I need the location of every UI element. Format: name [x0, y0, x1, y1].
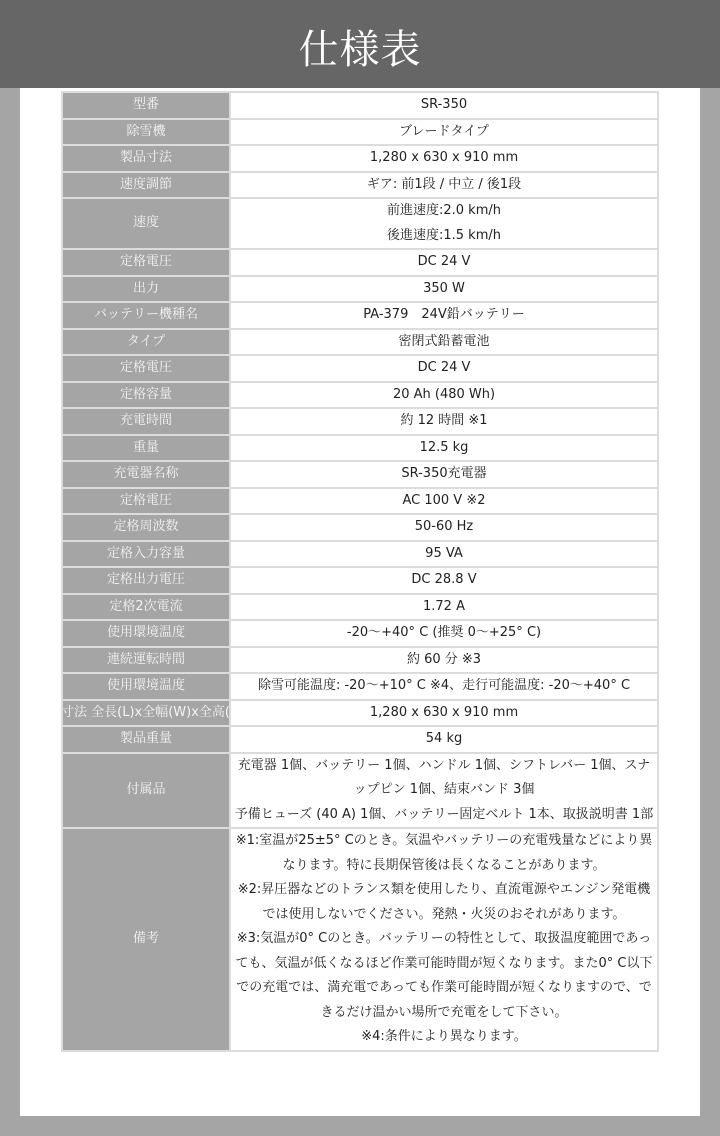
table-row: 製品重量 54 kg — [62, 726, 658, 753]
spec-label-rated-voltage: 定格電圧 — [62, 249, 230, 276]
table-row: 除雪機 ブレードタイプ — [62, 119, 658, 146]
spec-value-rated-voltage: DC 24 V — [230, 249, 658, 276]
note-3: ※3:気温が0° Cのとき。バッテリーの特性として、取扱温度範囲であっても、気温… — [234, 927, 654, 1025]
table-row: 定格入力容量 95 VA — [62, 541, 658, 568]
spec-label-dimensions: 製品寸法 — [62, 145, 230, 172]
spec-value-overall-dimensions: 1,280 x 630 x 910 mm — [230, 700, 658, 727]
spec-label-battery-model: バッテリー機種名 — [62, 302, 230, 329]
spec-value-run-time: 約 60 分 ※3 — [230, 647, 658, 674]
overall-dimensions-label-text: 寸法 全長(L)x全幅(W)x全高(H) — [62, 701, 230, 726]
spec-value-input-capacity: 95 VA — [230, 541, 658, 568]
spec-value-operating-temp: 除雪可能温度: -20〜+10° C ※4、走行可能温度: -20〜+40° C — [230, 673, 658, 700]
spec-value-battery-model: PA-379 24V鉛バッテリー — [230, 302, 658, 329]
table-row: 寸法 全長(L)x全幅(W)x全高(H) 1,280 x 630 x 910 m… — [62, 700, 658, 727]
spec-value-accessories: 充電器 1個、バッテリー 1個、ハンドル 1個、シフトレバー 1個、スナップピン… — [230, 753, 658, 829]
table-row: タイプ 密閉式鉛蓄電池 — [62, 329, 658, 356]
page-title: 仕様表 — [299, 14, 422, 75]
spec-value-charger-voltage: AC 100 V ※2 — [230, 488, 658, 515]
spec-value-charger-name: SR-350充電器 — [230, 461, 658, 488]
table-row: 連続運転時間 約 60 分 ※3 — [62, 647, 658, 674]
table-row: 速度 前進速度:2.0 km/h 後進速度:1.5 km/h — [62, 198, 658, 249]
spec-label-battery-type: タイプ — [62, 329, 230, 356]
table-row: 速度調節 ギア: 前1段 / 中立 / 後1段 — [62, 172, 658, 199]
forward-speed: 前進速度:2.0 km/h — [233, 199, 655, 224]
page-header: 仕様表 — [0, 0, 720, 88]
spec-label-snowplow: 除雪機 — [62, 119, 230, 146]
spec-label-speed-control: 速度調節 — [62, 172, 230, 199]
spec-table: 型番 SR-350 除雪機 ブレードタイプ 製品寸法 1,280 x 630 x… — [61, 91, 659, 1052]
spec-value-model: SR-350 — [230, 92, 658, 119]
spec-value-dimensions: 1,280 x 630 x 910 mm — [230, 145, 658, 172]
spec-label-accessories: 付属品 — [62, 753, 230, 829]
spec-label-charger-temp: 使用環境温度 — [62, 620, 230, 647]
spec-label-output: 出力 — [62, 276, 230, 303]
spec-label-charge-time: 充電時間 — [62, 408, 230, 435]
table-row: 出力 350 W — [62, 276, 658, 303]
table-row: 定格電圧 AC 100 V ※2 — [62, 488, 658, 515]
spec-label-secondary-current: 定格2次電流 — [62, 594, 230, 621]
table-row: 定格電圧 DC 24 V — [62, 249, 658, 276]
table-row: 使用環境温度 除雪可能温度: -20〜+10° C ※4、走行可能温度: -20… — [62, 673, 658, 700]
spec-value-battery-capacity: 20 Ah (480 Wh) — [230, 382, 658, 409]
spec-value-frequency: 50-60 Hz — [230, 514, 658, 541]
spec-label-output-voltage: 定格出力電圧 — [62, 567, 230, 594]
table-row: 使用環境温度 -20〜+40° C (推奨 0〜+25° C) — [62, 620, 658, 647]
table-row: バッテリー機種名 PA-379 24V鉛バッテリー — [62, 302, 658, 329]
spec-value-battery-type: 密閉式鉛蓄電池 — [230, 329, 658, 356]
spec-label-overall-dimensions: 寸法 全長(L)x全幅(W)x全高(H) — [62, 700, 230, 727]
table-row: 定格2次電流 1.72 A — [62, 594, 658, 621]
spec-label-frequency: 定格周波数 — [62, 514, 230, 541]
note-2: ※2:昇圧器などのトランス類を使用したり、直流電源やエンジン発電機では使用しない… — [234, 878, 654, 927]
note-1: ※1:室温が25±5° Cのとき。気温やバッテリーの充電残量などにより異なります… — [234, 829, 654, 878]
spec-label-run-time: 連続運転時間 — [62, 647, 230, 674]
spec-value-secondary-current: 1.72 A — [230, 594, 658, 621]
spec-value-charger-temp: -20〜+40° C (推奨 0〜+25° C) — [230, 620, 658, 647]
spec-value-speed: 前進速度:2.0 km/h 後進速度:1.5 km/h — [230, 198, 658, 249]
table-row: 備考 ※1:室温が25±5° Cのとき。気温やバッテリーの充電残量などにより異な… — [62, 828, 658, 1051]
table-row: 充電時間 約 12 時間 ※1 — [62, 408, 658, 435]
spec-label-product-weight: 製品重量 — [62, 726, 230, 753]
accessories-line-2: 予備ヒューズ (40 A) 1個、バッテリー固定ベルト 1本、取扱説明書 1部 — [234, 803, 654, 828]
spec-label-notes: 備考 — [62, 828, 230, 1051]
table-row: 重量 12.5 kg — [62, 435, 658, 462]
spec-label-battery-capacity: 定格容量 — [62, 382, 230, 409]
spec-label-operating-temp: 使用環境温度 — [62, 673, 230, 700]
spec-value-notes: ※1:室温が25±5° Cのとき。気温やバッテリーの充電残量などにより異なります… — [230, 828, 658, 1051]
spec-label-input-capacity: 定格入力容量 — [62, 541, 230, 568]
spec-label-model: 型番 — [62, 92, 230, 119]
spec-value-snowplow: ブレードタイプ — [230, 119, 658, 146]
spec-value-charge-time: 約 12 時間 ※1 — [230, 408, 658, 435]
table-row: 定格周波数 50-60 Hz — [62, 514, 658, 541]
table-row: 付属品 充電器 1個、バッテリー 1個、ハンドル 1個、シフトレバー 1個、スナ… — [62, 753, 658, 829]
table-row: 定格出力電圧 DC 28.8 V — [62, 567, 658, 594]
table-row: 型番 SR-350 — [62, 92, 658, 119]
spec-value-speed-control: ギア: 前1段 / 中立 / 後1段 — [230, 172, 658, 199]
accessories-line-1: 充電器 1個、バッテリー 1個、ハンドル 1個、シフトレバー 1個、スナップピン… — [234, 754, 654, 803]
table-row: 製品寸法 1,280 x 630 x 910 mm — [62, 145, 658, 172]
table-row: 定格容量 20 Ah (480 Wh) — [62, 382, 658, 409]
spec-label-battery-weight: 重量 — [62, 435, 230, 462]
note-4: ※4:条件により異なります。 — [234, 1025, 654, 1050]
spec-label-charger-voltage: 定格電圧 — [62, 488, 230, 515]
table-row: 充電器名称 SR-350充電器 — [62, 461, 658, 488]
spec-label-battery-voltage: 定格電圧 — [62, 355, 230, 382]
spec-label-charger-name: 充電器名称 — [62, 461, 230, 488]
spec-value-battery-voltage: DC 24 V — [230, 355, 658, 382]
reverse-speed: 後進速度:1.5 km/h — [233, 224, 655, 249]
spec-panel: 型番 SR-350 除雪機 ブレードタイプ 製品寸法 1,280 x 630 x… — [20, 88, 700, 1116]
spec-label-speed: 速度 — [62, 198, 230, 249]
table-row: 定格電圧 DC 24 V — [62, 355, 658, 382]
spec-value-output-voltage: DC 28.8 V — [230, 567, 658, 594]
spec-value-battery-weight: 12.5 kg — [230, 435, 658, 462]
spec-value-product-weight: 54 kg — [230, 726, 658, 753]
spec-value-output: 350 W — [230, 276, 658, 303]
